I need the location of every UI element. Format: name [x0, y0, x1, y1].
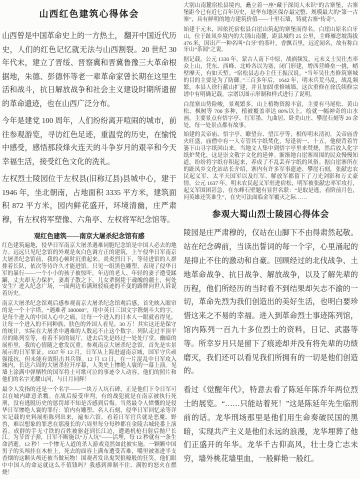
nanjing-body-paragraph-3: 最令人发指的还是一个名字——一块万人坑石碑，正是他们下令日军可以在城内肆意杀戮。…	[2, 387, 177, 477]
dashushan-paragraph-2: 看过《觉醒年代》，特意去看了陈延年陈乔年两位烈士的展览。“……只能站着死！”这是…	[184, 383, 359, 466]
nanjing-memorial-section-heading: 观红色建筑——南京大屠杀纪念馆有感	[2, 231, 177, 240]
baiyazhai-paragraph-4: 白崖寨山势险峻，景观繁多，山上植物资源丰富，主要有马尾松、黄山松、枫树等 700…	[184, 102, 359, 130]
document-title: 山西红色建筑心得体会	[2, 7, 177, 20]
dashushan-paragraph-1: 陵园是庄严肃穆的，仅站在山脚下不由得肃然起敬。站在纪念碑前，当读出誓词的每一个字…	[184, 226, 359, 378]
dashushan-section-heading: 参观大蜀山烈士陵园心得体会	[184, 208, 359, 220]
baiyazhai-paragraph-3: 据记载，公元 1330 年，蒙古人南下中原，战祸频发，元末义士吴仕杰率众上山，凭…	[184, 57, 359, 98]
intro-paragraph-2: 今年是建党 100 周年，人们纷纷离开喧闹的城市，前往参观游览，寻访红色足迹，重…	[2, 114, 177, 168]
intro-paragraph-3: 左权烈士陵园位于左权县(旧称辽县)县城中心，建于 1946 年，坐北朝南，占地面…	[2, 172, 177, 226]
nanjing-body-paragraph-1: 红色建筑遍地，侵华日军南京大屠杀遇难同胞纪念馆是中国人必去的地方。远远只见纪念馆…	[2, 243, 177, 298]
baiyazhai-paragraph-2: 始建于元末，因依托宿松县白崖山筑起的寨堡而得名。白崖山原名白牙山，位于趾凤乡境内…	[184, 27, 359, 55]
baiyazhai-paragraph-5: 始建的关帝庙、悟字亭、瞭望台、望江亭等，相传明末清初，关帝庙香火旺盛，庙僧中有一…	[184, 132, 359, 201]
intro-paragraph-1: 山西曾是中国革命史上的一方热土， 翻开中国近代历史，人们的红色记忆就无法与山西割…	[2, 29, 177, 110]
document-page: 山西红色建筑心得体会 山西曾是中国革命史上的一方热土， 翻开中国近代历史，人们的…	[0, 0, 360, 479]
right-column: 大别山南麓宿松县境内，矗立着一座“藏于深闺人未识”的古寨堡，古寨堡距今已有近七百…	[184, 3, 359, 477]
baiyazhai-paragraph-1: 大别山南麓宿松县境内，矗立着一座“藏于深闺人未识”的古寨堡，古寨堡距今已有近七百…	[184, 3, 359, 24]
nanjing-body-paragraph-2: 南京大屠杀纪念馆观后感参观南京大屠杀纪念馆观后感，首先映入眼帘的是一个十字塔，“…	[2, 301, 177, 384]
left-column: 山西红色建筑心得体会 山西曾是中国革命史上的一方热土， 翻开中国近代历史，人们的…	[2, 3, 177, 477]
